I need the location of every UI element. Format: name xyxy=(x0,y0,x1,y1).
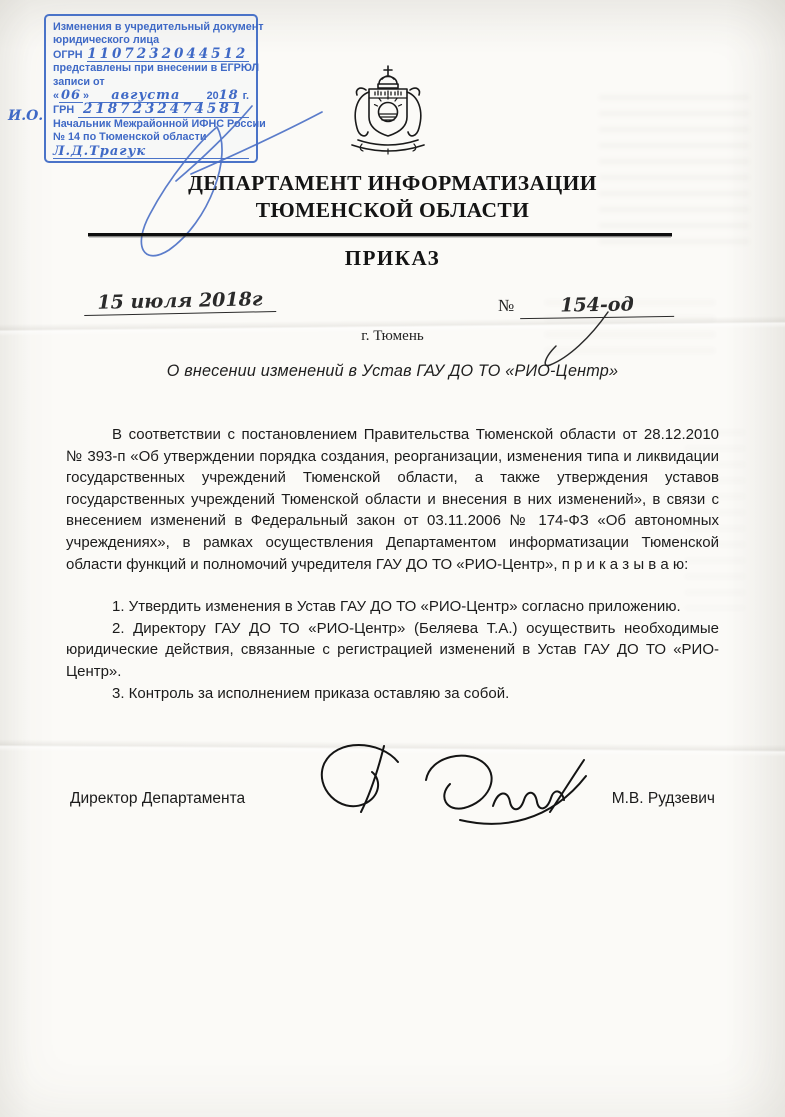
signatory-position: Директор Департамента xyxy=(70,790,245,808)
stamp-egrul-line2: записи от xyxy=(53,76,249,89)
paper-crease xyxy=(0,739,785,756)
stamp-official-line2: № 14 по Тюменской области xyxy=(53,131,249,144)
stamp-egrul-line1: представлены при внесении в ЕГРЮЛ xyxy=(53,62,249,75)
order-item-1: 1. Утвердить изменения в Устав ГАУ ДО ТО… xyxy=(66,596,719,618)
stamp-official-line1: Начальник Межрайонной ИФНС России xyxy=(53,118,249,131)
signature-block: Директор Департамента М.В. Рудзевич xyxy=(70,790,715,808)
handwritten-number: 154-од xyxy=(520,293,674,319)
stamp-date-day: 06 xyxy=(59,89,83,103)
scanned-order-document: Изменения в учредительный документ юриди… xyxy=(0,0,785,1117)
header-rule xyxy=(88,233,672,237)
document-type-title: ПРИКАЗ xyxy=(0,246,785,271)
order-body: В соответствии с постановлением Правител… xyxy=(66,424,719,704)
order-subject: О внесении изменений в Устав ГАУ ДО ТО «… xyxy=(0,362,785,381)
stamp-ogrn-label: ОГРН xyxy=(53,49,83,62)
organization-title: ДЕПАРТАМЕНТ ИНФОРМАТИЗАЦИИ ТЮМЕНСКОЙ ОБЛ… xyxy=(0,170,785,224)
order-item-3: 3. Контроль за исполнением приказа остав… xyxy=(66,683,719,705)
signatory-name: М.В. Рудзевич xyxy=(612,790,715,808)
stamp-signatory-signature: Л.Д.Трагук xyxy=(53,145,249,159)
stamp-grn-label: ГРН xyxy=(53,104,74,117)
number-label: № xyxy=(498,296,514,316)
city-line: г. Тюмень xyxy=(0,328,785,345)
stamp-title-line1: Изменения в учредительный документ xyxy=(53,21,249,34)
org-title-line2: ТЮМЕНСКОЙ ОБЛАСТИ xyxy=(0,197,785,224)
registration-stamp: Изменения в учредительный документ юриди… xyxy=(44,14,258,163)
body-paragraph: В соответствии с постановлением Правител… xyxy=(66,424,719,575)
handwritten-date: 15 июля 2018г xyxy=(84,288,276,316)
coat-of-arms-icon xyxy=(338,62,438,168)
document-number: № 154-од xyxy=(498,294,674,318)
stamp-grn-value: 2187232474581 xyxy=(78,103,249,117)
director-signature-icon xyxy=(288,732,598,842)
stamp-ogrn-value: 1107232044512 xyxy=(87,48,249,62)
margin-note-io: И.О. xyxy=(8,108,43,124)
org-title-line1: ДЕПАРТАМЕНТ ИНФОРМАТИЗАЦИИ xyxy=(0,170,785,197)
order-item-2: 2. Директору ГАУ ДО ТО «РИО-Центр» (Беля… xyxy=(66,618,719,683)
